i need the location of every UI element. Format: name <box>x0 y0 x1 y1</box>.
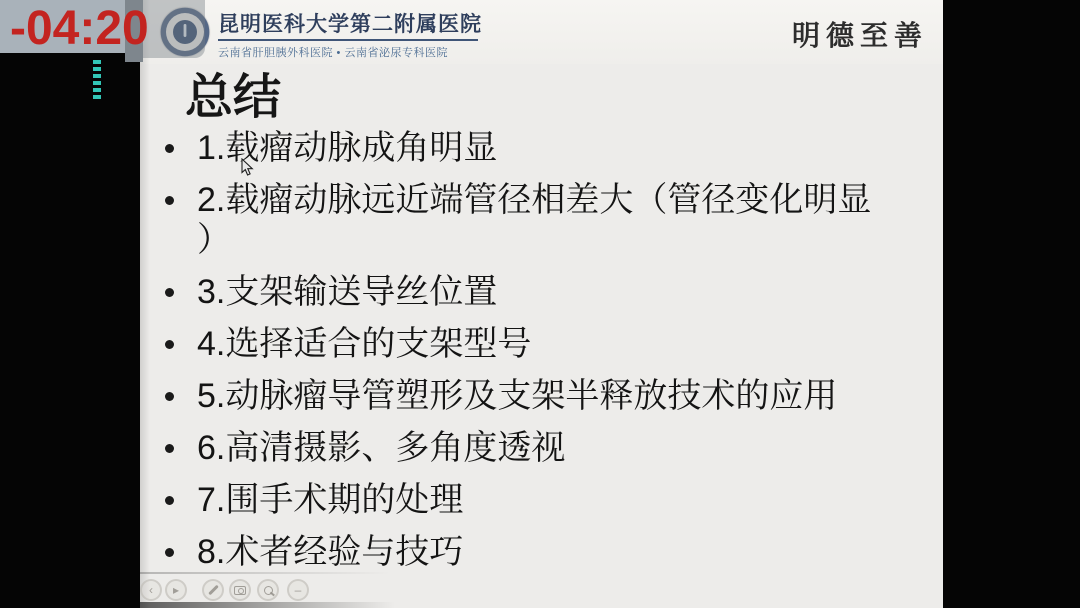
list-item: 3.支架输送导丝位置 <box>163 272 923 312</box>
hospital-motto: 明德至善 <box>792 14 928 54</box>
minus-icon[interactable]: – <box>287 579 309 601</box>
camera-glyph <box>234 586 246 595</box>
timer-background-translucent <box>143 0 205 58</box>
pen-glyph <box>208 585 219 596</box>
hospital-title-block: 昆明医科大学第二附属医院 云南省肝胆胰外科医院 • 云南省泌尿专科医院 <box>218 11 478 60</box>
magnifier-glyph <box>264 586 273 595</box>
list-item: 8.术者经验与技巧 <box>163 532 923 572</box>
toolbar: ‹▸– <box>140 579 420 603</box>
hospital-name: 昆明医科大学第二附属医院 <box>218 11 478 41</box>
list-item: 5.动脉瘤导管塑形及支架半释放技术的应用 <box>163 376 923 416</box>
slide-edge-shade <box>140 0 150 608</box>
toolbar-shadow <box>140 572 390 574</box>
camera-icon[interactable] <box>229 579 251 601</box>
pen-icon[interactable] <box>202 579 224 601</box>
watermark <box>93 60 101 102</box>
list-item: 1.载瘤动脉成角明显 <box>163 128 923 168</box>
list-item: 6.高清摄影、多角度透视 <box>163 428 923 468</box>
list-item: 2.载瘤动脉远近端管径相差大（管径变化明显 ） <box>163 180 923 260</box>
slide-title: 总结 <box>185 58 281 127</box>
mouse-cursor-icon <box>241 158 254 176</box>
list-item: 4.选择适合的支架型号 <box>163 324 923 364</box>
list-item: 7.围手术期的处理 <box>163 480 923 520</box>
bottom-shadow <box>140 602 395 608</box>
chevron-left-icon[interactable]: ‹ <box>140 579 162 601</box>
slide: 昆明医科大学第二附属医院 云南省肝胆胰外科医院 • 云南省泌尿专科医院 明德至善… <box>140 0 943 608</box>
bullet-list: 1.载瘤动脉成角明显2.载瘤动脉远近端管径相差大（管径变化明显 ）3.支架输送导… <box>163 128 923 584</box>
video-frame: 昆明医科大学第二附属医院 云南省肝胆胰外科医院 • 云南省泌尿专科医院 明德至善… <box>0 0 1080 608</box>
play-icon[interactable]: ▸ <box>165 579 187 601</box>
countdown-timer: -04:20 <box>10 1 149 56</box>
magnifier-icon[interactable] <box>257 579 279 601</box>
